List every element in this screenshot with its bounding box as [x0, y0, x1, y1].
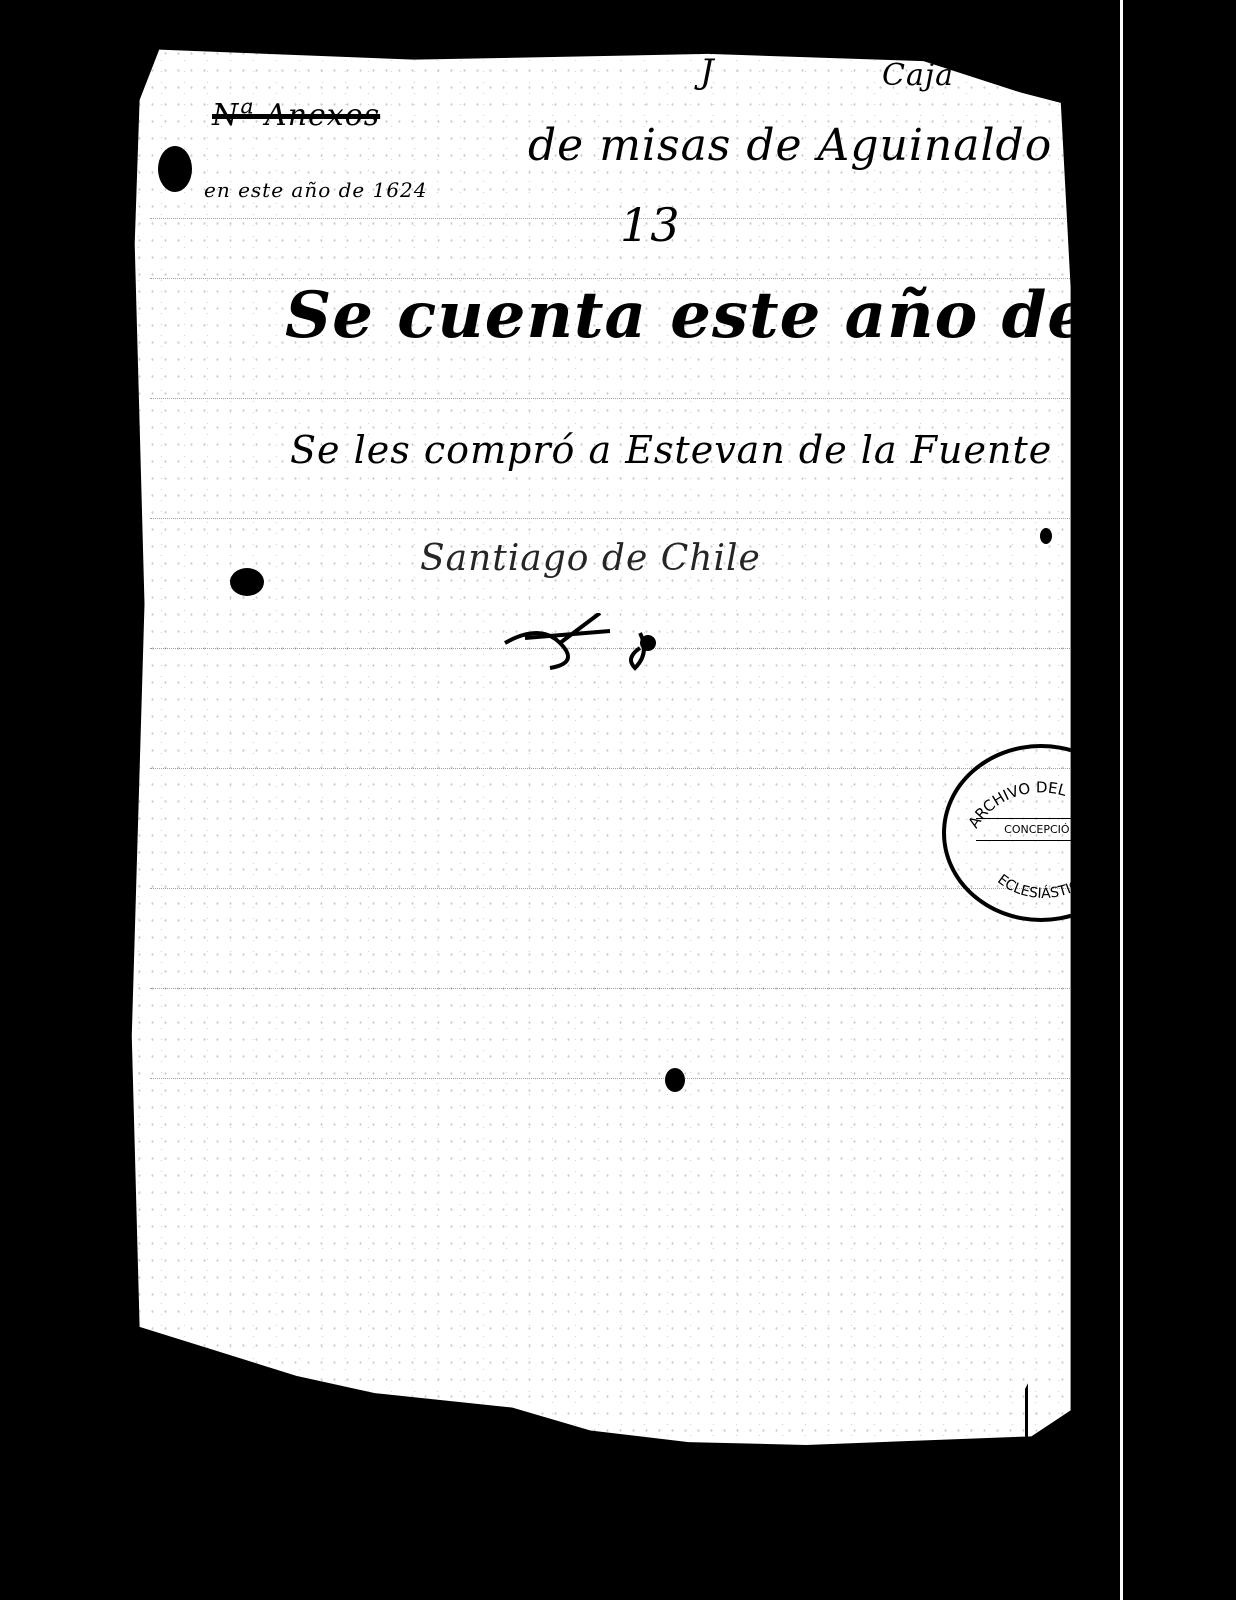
faint-ruled-line	[150, 768, 1080, 770]
fold-text-remnant	[1088, 1403, 1208, 1411]
ink-blot	[665, 1068, 685, 1092]
item-number: 13	[620, 198, 681, 252]
top-right-mark: Caja	[882, 58, 954, 93]
faint-ruled-line	[150, 988, 1080, 990]
folio-number: 281	[1078, 664, 1134, 692]
faint-ruled-line	[150, 218, 1080, 220]
ink-blot	[1040, 528, 1052, 544]
faint-ruled-line	[150, 398, 1080, 400]
body-line-1: Se cuenta este año de 1704	[285, 278, 1236, 353]
ink-blot	[230, 568, 264, 596]
fold-text-remnant	[1098, 1323, 1218, 1331]
faint-ruled-line	[150, 518, 1080, 520]
ink-blot	[158, 146, 192, 192]
top-center-mark: J	[700, 52, 715, 92]
title-line: de misas de Aguinaldo	[528, 120, 1052, 171]
struck-title: Nª Anexos	[212, 98, 380, 133]
faint-ruled-line	[150, 1078, 1080, 1080]
stamp-center-text: CONCEPCIÓN	[976, 818, 1106, 841]
fold-text-remnant	[1068, 1448, 1198, 1456]
signature-flourish-icon	[500, 613, 670, 673]
scan-edge-strip	[1120, 0, 1123, 1600]
body-line-2: Se les compró a Estevan de la Fuente	[290, 428, 1052, 472]
date-note: en este año de 1624	[204, 178, 428, 202]
faint-ruled-line	[150, 888, 1080, 890]
body-line-3: Santiago de Chile	[420, 538, 761, 579]
archive-stamp: ARCHIVO DEL ECLESIÁSTICO CONCEPCIÓN	[942, 744, 1140, 922]
stamp-bottom-text: ECLESIÁSTICO	[994, 872, 1092, 902]
svg-text:ECLESIÁSTICO: ECLESIÁSTICO	[994, 872, 1092, 902]
manuscript-page: Nª Anexos en este año de 1624 de misas d…	[120, 28, 1100, 1468]
